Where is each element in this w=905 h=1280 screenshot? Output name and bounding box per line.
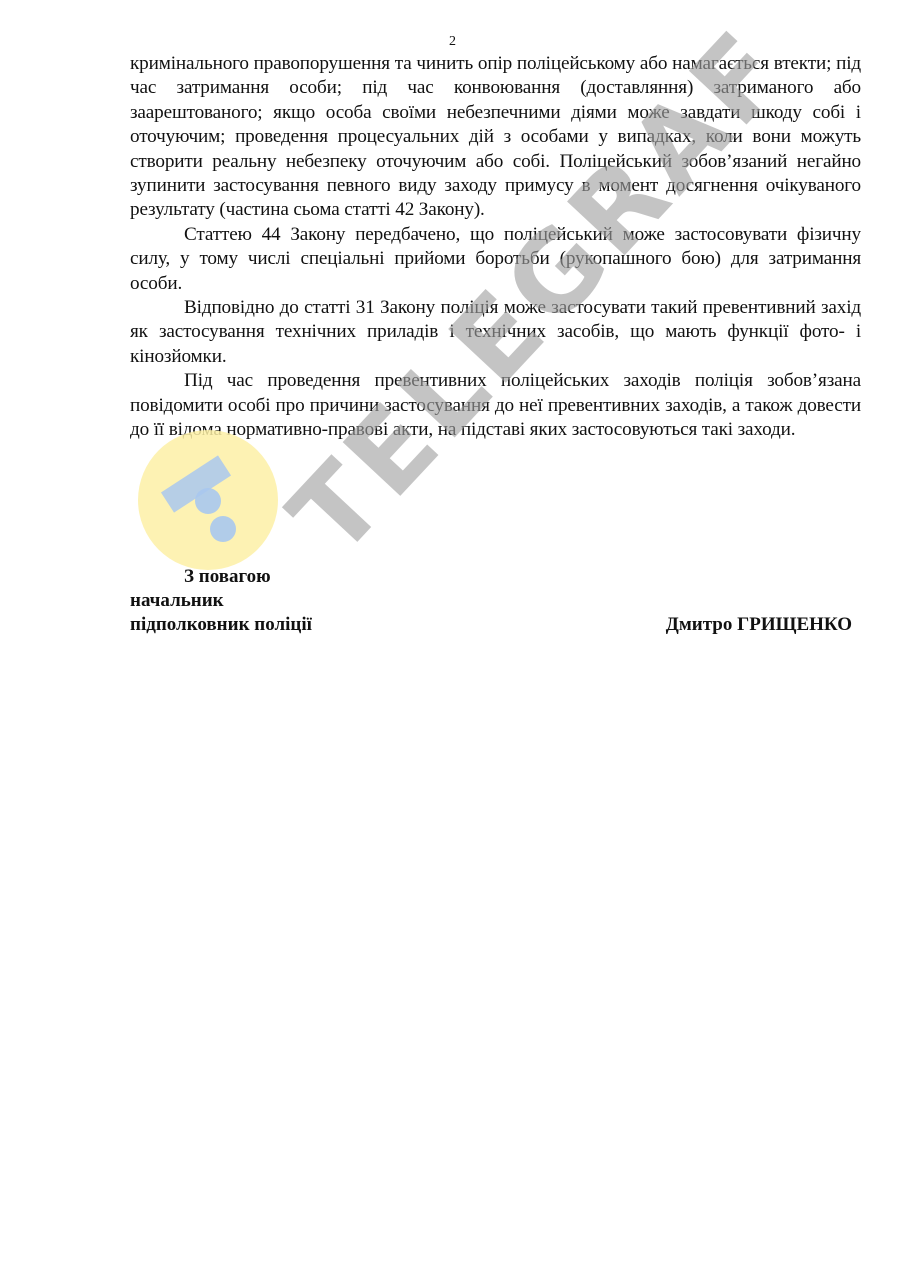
signature-rank-row: підполковник поліції Дмитро ГРИЩЕНКО [130, 613, 852, 637]
document-body: кримінального правопорушення та чинить о… [130, 52, 861, 443]
logo-dot [195, 488, 221, 514]
telegraf-logo-icon [138, 430, 278, 570]
signature-rank: підполковник поліції [130, 614, 312, 635]
logo-dot [210, 516, 236, 542]
paragraph: кримінального правопорушення та чинить о… [130, 52, 861, 223]
signature-name: Дмитро ГРИЩЕНКО [666, 613, 852, 637]
signature-block: З повагою начальник підполковник поліції… [130, 565, 852, 637]
paragraph: Під час проведення превентивних поліцейс… [130, 369, 861, 442]
signature-position: начальник [130, 589, 852, 613]
paragraph: Відповідно до статті 31 Закону поліція м… [130, 296, 861, 369]
page-number: 2 [0, 34, 905, 50]
logo-circle [138, 430, 278, 570]
logo-bar [161, 455, 231, 512]
signature-greeting: З повагою [130, 565, 852, 589]
paragraph: Статтею 44 Закону передбачено, що поліце… [130, 223, 861, 296]
